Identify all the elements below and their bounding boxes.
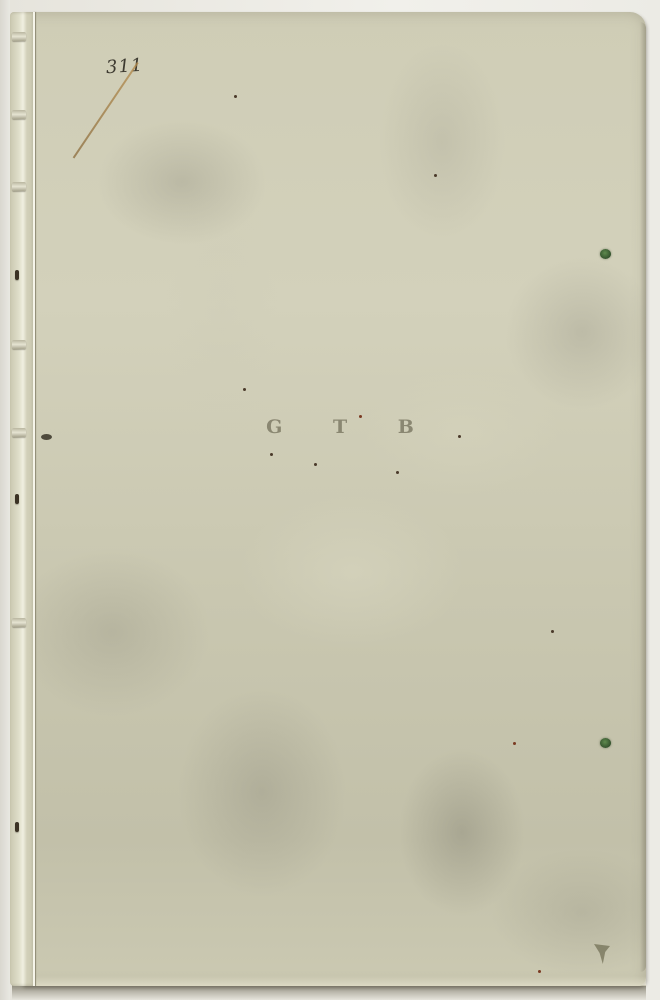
cover-shadow [12, 985, 646, 1000]
handwritten-shelfmark: 311 [105, 55, 144, 79]
speck [434, 174, 437, 177]
initial-g: G [266, 416, 282, 438]
spine-band [12, 110, 26, 119]
background-left [0, 0, 10, 1000]
book-spine [10, 12, 36, 986]
stamped-initials: G T B [22, 416, 646, 438]
spine-band [12, 182, 26, 191]
speck [270, 453, 273, 456]
cover-fore-edge [640, 22, 646, 972]
cover-bottom-edge [22, 976, 646, 986]
speck [458, 435, 461, 438]
initial-b: B [398, 416, 414, 438]
speck [551, 630, 554, 633]
speck [396, 471, 399, 474]
speck [234, 95, 237, 98]
book-cover: 311 G T B [22, 12, 646, 986]
speck [243, 388, 246, 391]
spine-band [15, 494, 19, 504]
spine-band [15, 822, 19, 832]
initial-t: T [333, 416, 347, 438]
spine-band [12, 32, 26, 41]
speck [314, 463, 317, 466]
speck [513, 742, 516, 745]
speck [359, 415, 362, 418]
spine-band [12, 428, 26, 437]
spine-band [15, 270, 19, 280]
spine-fold [33, 12, 35, 986]
photo-scene: 311 G T B [0, 0, 660, 1000]
speck [538, 970, 541, 973]
tie-hole-lower [600, 738, 611, 748]
spine-band [12, 340, 26, 349]
ink-stain [594, 944, 610, 964]
tie-hole-upper [600, 249, 611, 259]
spine-band [12, 618, 26, 627]
spine-stain [41, 434, 52, 440]
